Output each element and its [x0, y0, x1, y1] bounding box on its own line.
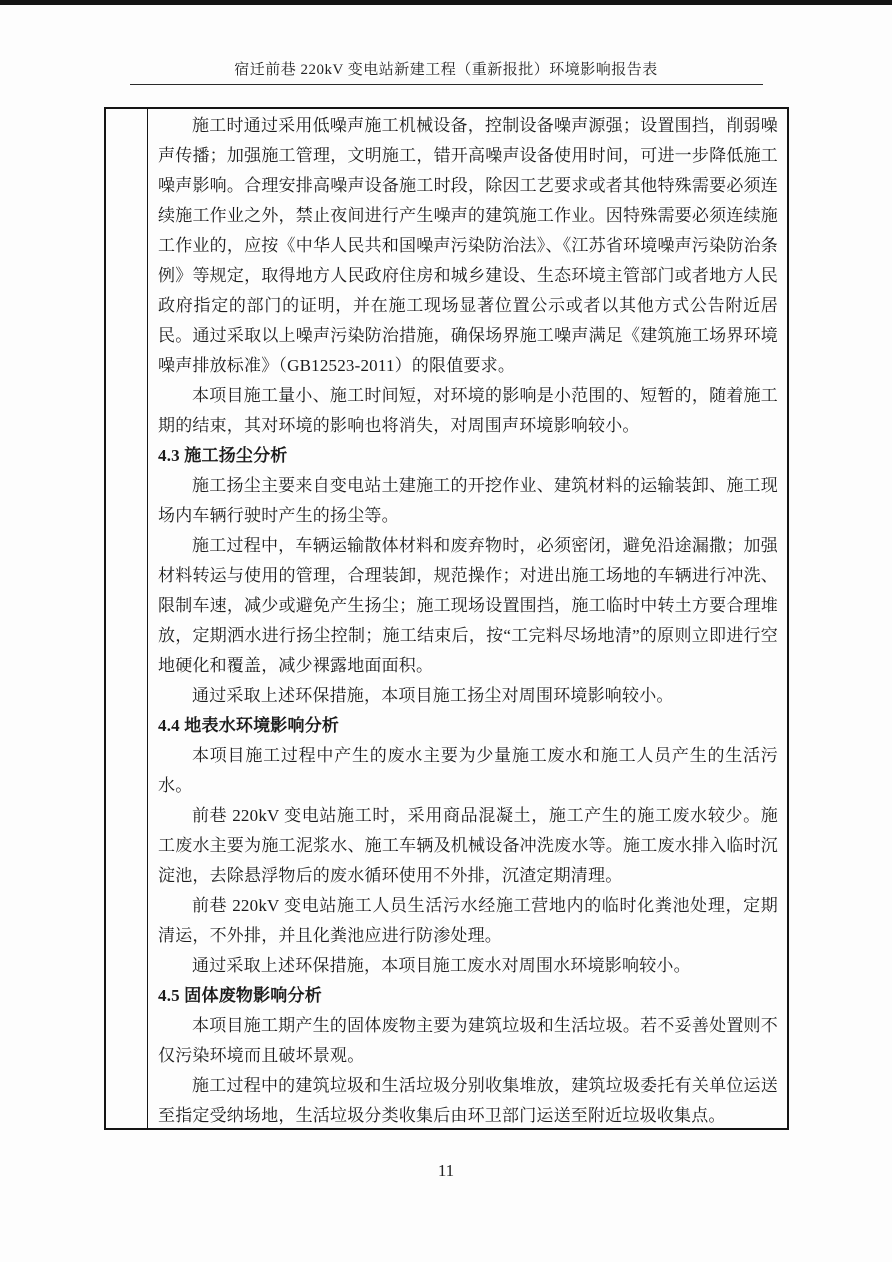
paragraph-dust-sources: 施工扬尘主要来自变电站土建施工的开挖作业、建筑材料的运输装卸、施工现场内车辆行驶… — [158, 471, 778, 531]
table-stub-column — [106, 109, 148, 1128]
section-heading-4-5: 4.5 固体废物影响分析 — [158, 981, 778, 1011]
paragraph-water-conclusion: 通过采取上述环保措施，本项目施工废水对周围水环境影响较小。 — [158, 951, 778, 981]
paragraph-wastewater-overview: 本项目施工过程中产生的废水主要为少量施工废水和施工人员产生的生活污水。 — [158, 741, 778, 801]
document-page: 宿迁前巷 220kV 变电站新建工程（重新报批）环境影响报告表 施工时通过采用低… — [0, 0, 892, 1262]
header-underline — [130, 84, 763, 85]
page-number: 11 — [0, 1160, 892, 1182]
page-header-title: 宿迁前巷 220kV 变电站新建工程（重新报批）环境影响报告表 — [0, 61, 892, 80]
paragraph-wastewater-measures: 前巷 220kV 变电站施工时，采用商品混凝土，施工产生的施工废水较少。施工废水… — [158, 801, 778, 891]
paragraph-dust-conclusion: 通过采取上述环保措施，本项目施工扬尘对周围环境影响较小。 — [158, 681, 778, 711]
paragraph-sewage-treatment: 前巷 220kV 变电站施工人员生活污水经施工营地内的临时化粪池处理，定期清运，… — [158, 891, 778, 951]
section-heading-4-4: 4.4 地表水环境影响分析 — [158, 711, 778, 741]
paragraph-solid-waste-measures: 施工过程中的建筑垃圾和生活垃圾分别收集堆放，建筑垃圾委托有关单位运送至指定受纳场… — [158, 1071, 778, 1128]
top-black-bar — [0, 0, 892, 5]
paragraph-noise-conclusion: 本项目施工量小、施工时间短，对环境的影响是小范围的、短暂的，随着施工期的结束，其… — [158, 381, 778, 441]
table-content-cell: 施工时通过采用低噪声施工机械设备，控制设备噪声源强；设置围挡，削弱噪声传播；加强… — [148, 109, 787, 1128]
paragraph-noise-measures: 施工时通过采用低噪声施工机械设备，控制设备噪声源强；设置围挡，削弱噪声传播；加强… — [158, 111, 778, 381]
report-table: 施工时通过采用低噪声施工机械设备，控制设备噪声源强；设置围挡，削弱噪声传播；加强… — [104, 107, 789, 1130]
paragraph-dust-measures: 施工过程中，车辆运输散体材料和废弃物时，必须密闭，避免沿途漏撒；加强材料转运与使… — [158, 531, 778, 681]
section-heading-4-3: 4.3 施工扬尘分析 — [158, 441, 778, 471]
paragraph-solid-waste-overview: 本项目施工期产生的固体废物主要为建筑垃圾和生活垃圾。若不妥善处置则不仅污染环境而… — [158, 1011, 778, 1071]
